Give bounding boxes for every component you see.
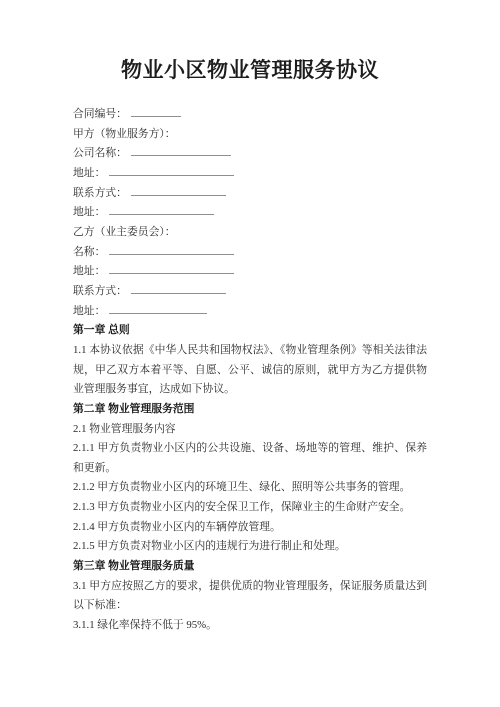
clause-2-1-5: 2.1.5 甲方负责对物业小区内的违规行为进行制止和处理。 xyxy=(73,537,427,557)
blank-underline xyxy=(131,282,226,294)
field-label: 联系方式： xyxy=(73,187,127,199)
field-label: 地址： xyxy=(73,265,105,277)
chapter-1: 第一章 总则 1.1 本协议依据《中华人民共和国物权法》、《物业管理条例》等相关… xyxy=(73,321,427,400)
blank-underline xyxy=(131,144,231,156)
document-content: 物业小区物业管理服务协议 合同编号： 甲方（物业服务方）： 公司名称： 地址： … xyxy=(73,56,427,636)
field-label: 甲方（物业服务方）： xyxy=(73,128,176,140)
field-label: 公司名称： xyxy=(73,147,127,159)
blank-underline xyxy=(109,203,214,215)
chapter-heading: 第二章 物业管理服务范围 xyxy=(73,400,427,420)
blank-underline xyxy=(109,243,234,255)
field-label: 地址： xyxy=(73,206,105,218)
clause-2-1-4: 2.1.4 甲方负责物业小区内的车辆停放管理。 xyxy=(73,518,427,538)
field-name-b: 名称： xyxy=(73,243,427,263)
field-party-b: 乙方（业主委员会）： xyxy=(73,223,427,243)
blank-underline xyxy=(109,302,207,314)
blank-underline xyxy=(131,105,181,117)
field-label: 乙方（业主委员会）： xyxy=(73,226,176,238)
field-address-b1: 地址： xyxy=(73,262,427,282)
document-title: 物业小区物业管理服务协议 xyxy=(73,56,427,84)
field-party-a: 甲方（物业服务方）： xyxy=(73,125,427,145)
field-address-a1: 地址： xyxy=(73,164,427,184)
field-address-a2: 地址： xyxy=(73,203,427,223)
clause-2-1: 2.1 物业管理服务内容 xyxy=(73,420,427,440)
field-label: 合同编号： xyxy=(73,108,127,120)
field-label: 地址： xyxy=(73,305,105,317)
document-page: 物业小区物业管理服务协议 合同编号： 甲方（物业服务方）： 公司名称： 地址： … xyxy=(0,0,500,707)
field-contact-b: 联系方式： xyxy=(73,282,427,302)
chapter-heading: 第一章 总则 xyxy=(73,321,427,341)
field-contract-number: 合同编号： xyxy=(73,105,427,125)
blank-underline xyxy=(109,262,234,274)
clause-2-1-1: 2.1.1 甲方负责物业小区内的公共设施、设备、场地等的管理、维护、保养和更新。 xyxy=(73,439,427,478)
field-label: 名称： xyxy=(73,246,105,258)
chapter-2: 第二章 物业管理服务范围 2.1 物业管理服务内容 2.1.1 甲方负责物业小区… xyxy=(73,400,427,557)
field-label: 联系方式： xyxy=(73,285,127,297)
header-fields-block: 合同编号： 甲方（物业服务方）： 公司名称： 地址： 联系方式： 地址： 乙方（… xyxy=(73,105,427,321)
field-company-name: 公司名称： xyxy=(73,144,427,164)
clause-3-1: 3.1 甲方应按照乙方的要求，提供优质的物业管理服务，保证服务质量达到以下标准： xyxy=(73,577,427,616)
blank-underline xyxy=(131,184,226,196)
field-contact-a: 联系方式： xyxy=(73,184,427,204)
clause-3-1-1: 3.1.1 绿化率保持不低于 95%。 xyxy=(73,616,427,636)
field-label: 地址： xyxy=(73,167,105,179)
blank-underline xyxy=(109,164,234,176)
chapter-heading: 第三章 物业管理服务质量 xyxy=(73,557,427,577)
clause-1-1: 1.1 本协议依据《中华人民共和国物权法》、《物业管理条例》等相关法律法规，甲乙… xyxy=(73,341,427,400)
clause-2-1-2: 2.1.2 甲方负责物业小区内的环境卫生、绿化、照明等公共事务的管理。 xyxy=(73,478,427,498)
clause-2-1-3: 2.1.3 甲方负责物业小区内的安全保卫工作，保障业主的生命财产安全。 xyxy=(73,498,427,518)
chapter-3: 第三章 物业管理服务质量 3.1 甲方应按照乙方的要求，提供优质的物业管理服务，… xyxy=(73,557,427,636)
field-address-b2: 地址： xyxy=(73,302,427,322)
